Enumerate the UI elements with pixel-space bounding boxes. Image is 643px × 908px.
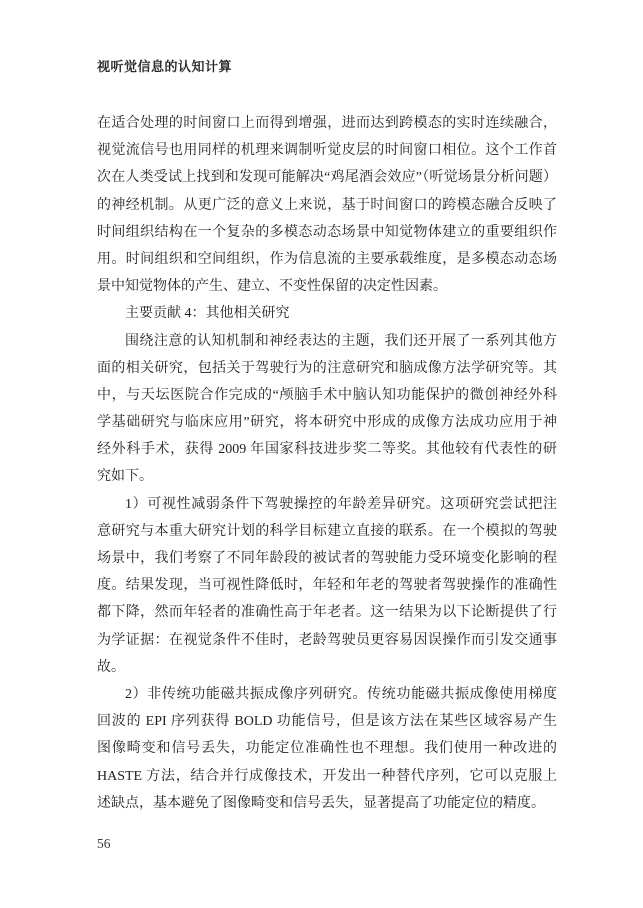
text-line: 视觉流信号也用同样的机理来调制听觉皮层的时间窗口相位。这个工作首 xyxy=(97,137,557,164)
text-line: 述缺点，基本避免了图像畸变和信号丢失，显著提高了功能定位的精度。 xyxy=(97,790,557,817)
text-line: 回波的 EPI 序列获得 BOLD 功能信号，但是该方法在某些区域容易产生 xyxy=(97,708,557,735)
running-header: 视听觉信息的认知计算 xyxy=(97,56,232,75)
text-line: 的神经机制。从更广泛的意义上来说，基于时间窗口的跨模态融合反映了 xyxy=(97,192,557,219)
document-body: 在适合处理的时间窗口上而得到增强，进而达到跨模态的实时连续融合，视觉流信号也用同… xyxy=(97,110,557,817)
text-line: 经外科手术，获得 2009 年国家科技进步奖二等奖。其他较有代表性的研 xyxy=(97,436,557,463)
page-number: 56 xyxy=(97,836,111,852)
text-line: 学基础研究与临床应用”研究，将本研究中形成的成像方法成功应用于神 xyxy=(97,409,557,436)
text-line: 为学证据：在视觉条件不佳时，老龄驾驶员更容易因误操作而引发交通事 xyxy=(97,627,557,654)
text-line: 在适合处理的时间窗口上而得到增强，进而达到跨模态的实时连续融合， xyxy=(97,110,557,137)
text-line: 用。时间组织和空间组织，作为信息流的主要承载维度，是多模态动态场 xyxy=(97,246,557,273)
text-line: HASTE 方法，结合并行成像技术，开发出一种替代序列，它可以克服上 xyxy=(97,763,557,790)
text-line: 度。结果发现，当可视性降低时，年轻和年老的驾驶者驾驶操作的准确性 xyxy=(97,572,557,599)
text-line: 围绕注意的认知机制和神经表达的主题，我们还开展了一系列其他方 xyxy=(97,328,557,355)
text-line: 场景中，我们考察了不同年龄段的被试者的驾驶能力受环境变化影响的程 xyxy=(97,545,557,572)
text-line: 意研究与本重大研究计划的科学目标建立直接的联系。在一个模拟的驾驶 xyxy=(97,518,557,545)
text-line: 2）非传统功能磁共振成像序列研究。传统功能磁共振成像使用梯度 xyxy=(97,681,557,708)
text-line: 中，与天坛医院合作完成的“颅脑手术中脑认知功能保护的微创神经外科 xyxy=(97,382,557,409)
text-line: 究如下。 xyxy=(97,463,557,490)
text-line: 主要贡献 4：其他相关研究 xyxy=(97,300,557,327)
text-line: 故。 xyxy=(97,654,557,681)
text-line: 图像畸变和信号丢失，功能定位准确性也不理想。我们使用一种改进的 xyxy=(97,735,557,762)
text-line: 次在人类受试上找到和发现可能解决“鸡尾酒会效应”（听觉场景分析问题） xyxy=(97,164,557,191)
text-line: 时间组织结构在一个复杂的多模态动态场景中知觉物体建立的重要组织作 xyxy=(97,219,557,246)
text-line: 都下降，然而年轻者的准确性高于年老者。这一结果为以下论断提供了行 xyxy=(97,599,557,626)
text-line: 景中知觉物体的产生、建立、不变性保留的决定性因素。 xyxy=(97,273,557,300)
document-page: 视听觉信息的认知计算 在适合处理的时间窗口上而得到增强，进而达到跨模态的实时连续… xyxy=(0,0,643,908)
text-line: 1）可视性减弱条件下驾驶操控的年龄差异研究。这项研究尝试把注 xyxy=(97,491,557,518)
text-line: 面的相关研究，包括关于驾驶行为的注意研究和脑成像方法学研究等。其 xyxy=(97,355,557,382)
